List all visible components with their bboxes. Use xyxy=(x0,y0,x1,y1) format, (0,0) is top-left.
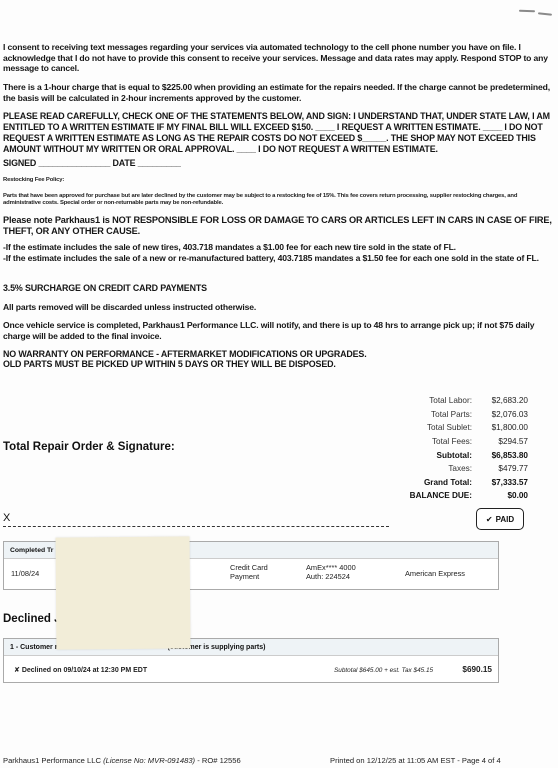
total-label: Subtotal: xyxy=(380,451,472,460)
total-row: Subtotal:$6,853.80 xyxy=(380,448,528,462)
total-label: Taxes: xyxy=(380,464,472,473)
surcharge-text: 3.5% SURCHARGE ON CREDIT CARD PAYMENTS xyxy=(3,283,555,294)
transaction-card: AmEx**** 4000 Auth: 224524 xyxy=(306,563,356,582)
total-row: Taxes:$479.77 xyxy=(380,462,528,476)
total-label: Total Sublet: xyxy=(380,423,472,432)
declined-subtotal: Subtotal $645.00 + est. Tax $45.15 xyxy=(334,666,433,675)
totals-table: Total Labor:$2,683.20Total Parts:$2,076.… xyxy=(380,394,528,503)
checkmark-icon: ✔ xyxy=(486,515,493,524)
total-row: Grand Total:$7,333.57 xyxy=(380,476,528,490)
total-value: $1,800.00 xyxy=(476,423,528,432)
total-label: BALANCE DUE: xyxy=(380,491,472,500)
liability-text: Please note Parkhaus1 is NOT RESPONSIBLE… xyxy=(3,215,555,238)
tire-fee-text: -If the estimate includes the sale of ne… xyxy=(3,242,555,253)
transaction-type: Credit Card Payment xyxy=(230,563,268,582)
total-value: $7,333.57 xyxy=(476,478,528,487)
declined-total: $690.15 xyxy=(454,665,492,674)
signature-line[interactable] xyxy=(3,526,389,527)
pickup-text: Once vehicle service is completed, Parkh… xyxy=(3,320,555,341)
paid-badge: ✔ PAID xyxy=(476,508,524,530)
total-row: Total Labor:$2,683.20 xyxy=(380,394,528,408)
total-row: Total Parts:$2,076.03 xyxy=(380,408,528,422)
total-label: Grand Total: xyxy=(380,478,472,487)
written-estimate-text: PLEASE READ CAREFULLY, CHECK ONE OF THE … xyxy=(3,111,555,155)
declined-status: ✘ Declined on 09/10/24 at 12:30 PM EDT xyxy=(14,666,147,675)
footer-printed: Printed on 12/12/25 at 11:05 AM EST - Pa… xyxy=(330,756,501,765)
sms-consent-text: I consent to receiving text messages reg… xyxy=(3,42,555,74)
warranty-text: NO WARRANTY ON PERFORMANCE - AFTERMARKET… xyxy=(3,349,555,360)
estimate-charge-text: There is a 1-hour charge that is equal t… xyxy=(3,82,555,103)
summary-heading: Total Repair Order & Signature: xyxy=(3,441,175,453)
total-row: Total Fees:$294.57 xyxy=(380,435,528,449)
transaction-method: American Express xyxy=(405,569,465,578)
total-label: Total Fees: xyxy=(380,437,472,446)
total-row: Total Sublet:$1,800.00 xyxy=(380,421,528,435)
scan-artifact xyxy=(519,10,535,12)
old-parts-text: OLD PARTS MUST BE PICKED UP WITHIN 5 DAY… xyxy=(3,359,555,370)
restocking-text: Parts that have been approved for purcha… xyxy=(3,193,555,207)
total-value: $2,076.03 xyxy=(476,410,528,419)
parts-discard-text: All parts removed will be discarded unle… xyxy=(3,302,555,313)
restocking-title: Restocking Fee Policy: xyxy=(3,177,555,184)
total-label: Total Labor: xyxy=(380,396,472,405)
total-row: BALANCE DUE:$0.00 xyxy=(380,489,528,503)
total-label: Total Parts: xyxy=(380,410,472,419)
scan-artifact xyxy=(538,12,552,15)
x-icon: ✘ xyxy=(14,667,20,674)
total-value: $6,853.80 xyxy=(476,451,528,460)
transaction-date: 11/08/24 xyxy=(11,569,39,578)
total-value: $479.77 xyxy=(476,464,528,473)
total-value: $0.00 xyxy=(476,491,528,500)
total-value: $294.57 xyxy=(476,437,528,446)
footer-company: Parkhaus1 Performance LLC (License No: M… xyxy=(3,756,241,765)
total-value: $2,683.20 xyxy=(476,396,528,405)
battery-fee-text: -If the estimate includes the sale of a … xyxy=(3,253,555,264)
signature-mark: X xyxy=(3,512,10,524)
sticky-note-redaction xyxy=(56,536,191,649)
paid-label: PAID xyxy=(496,515,515,524)
signed-date-line: SIGNED _______________ DATE _________ xyxy=(3,158,555,169)
